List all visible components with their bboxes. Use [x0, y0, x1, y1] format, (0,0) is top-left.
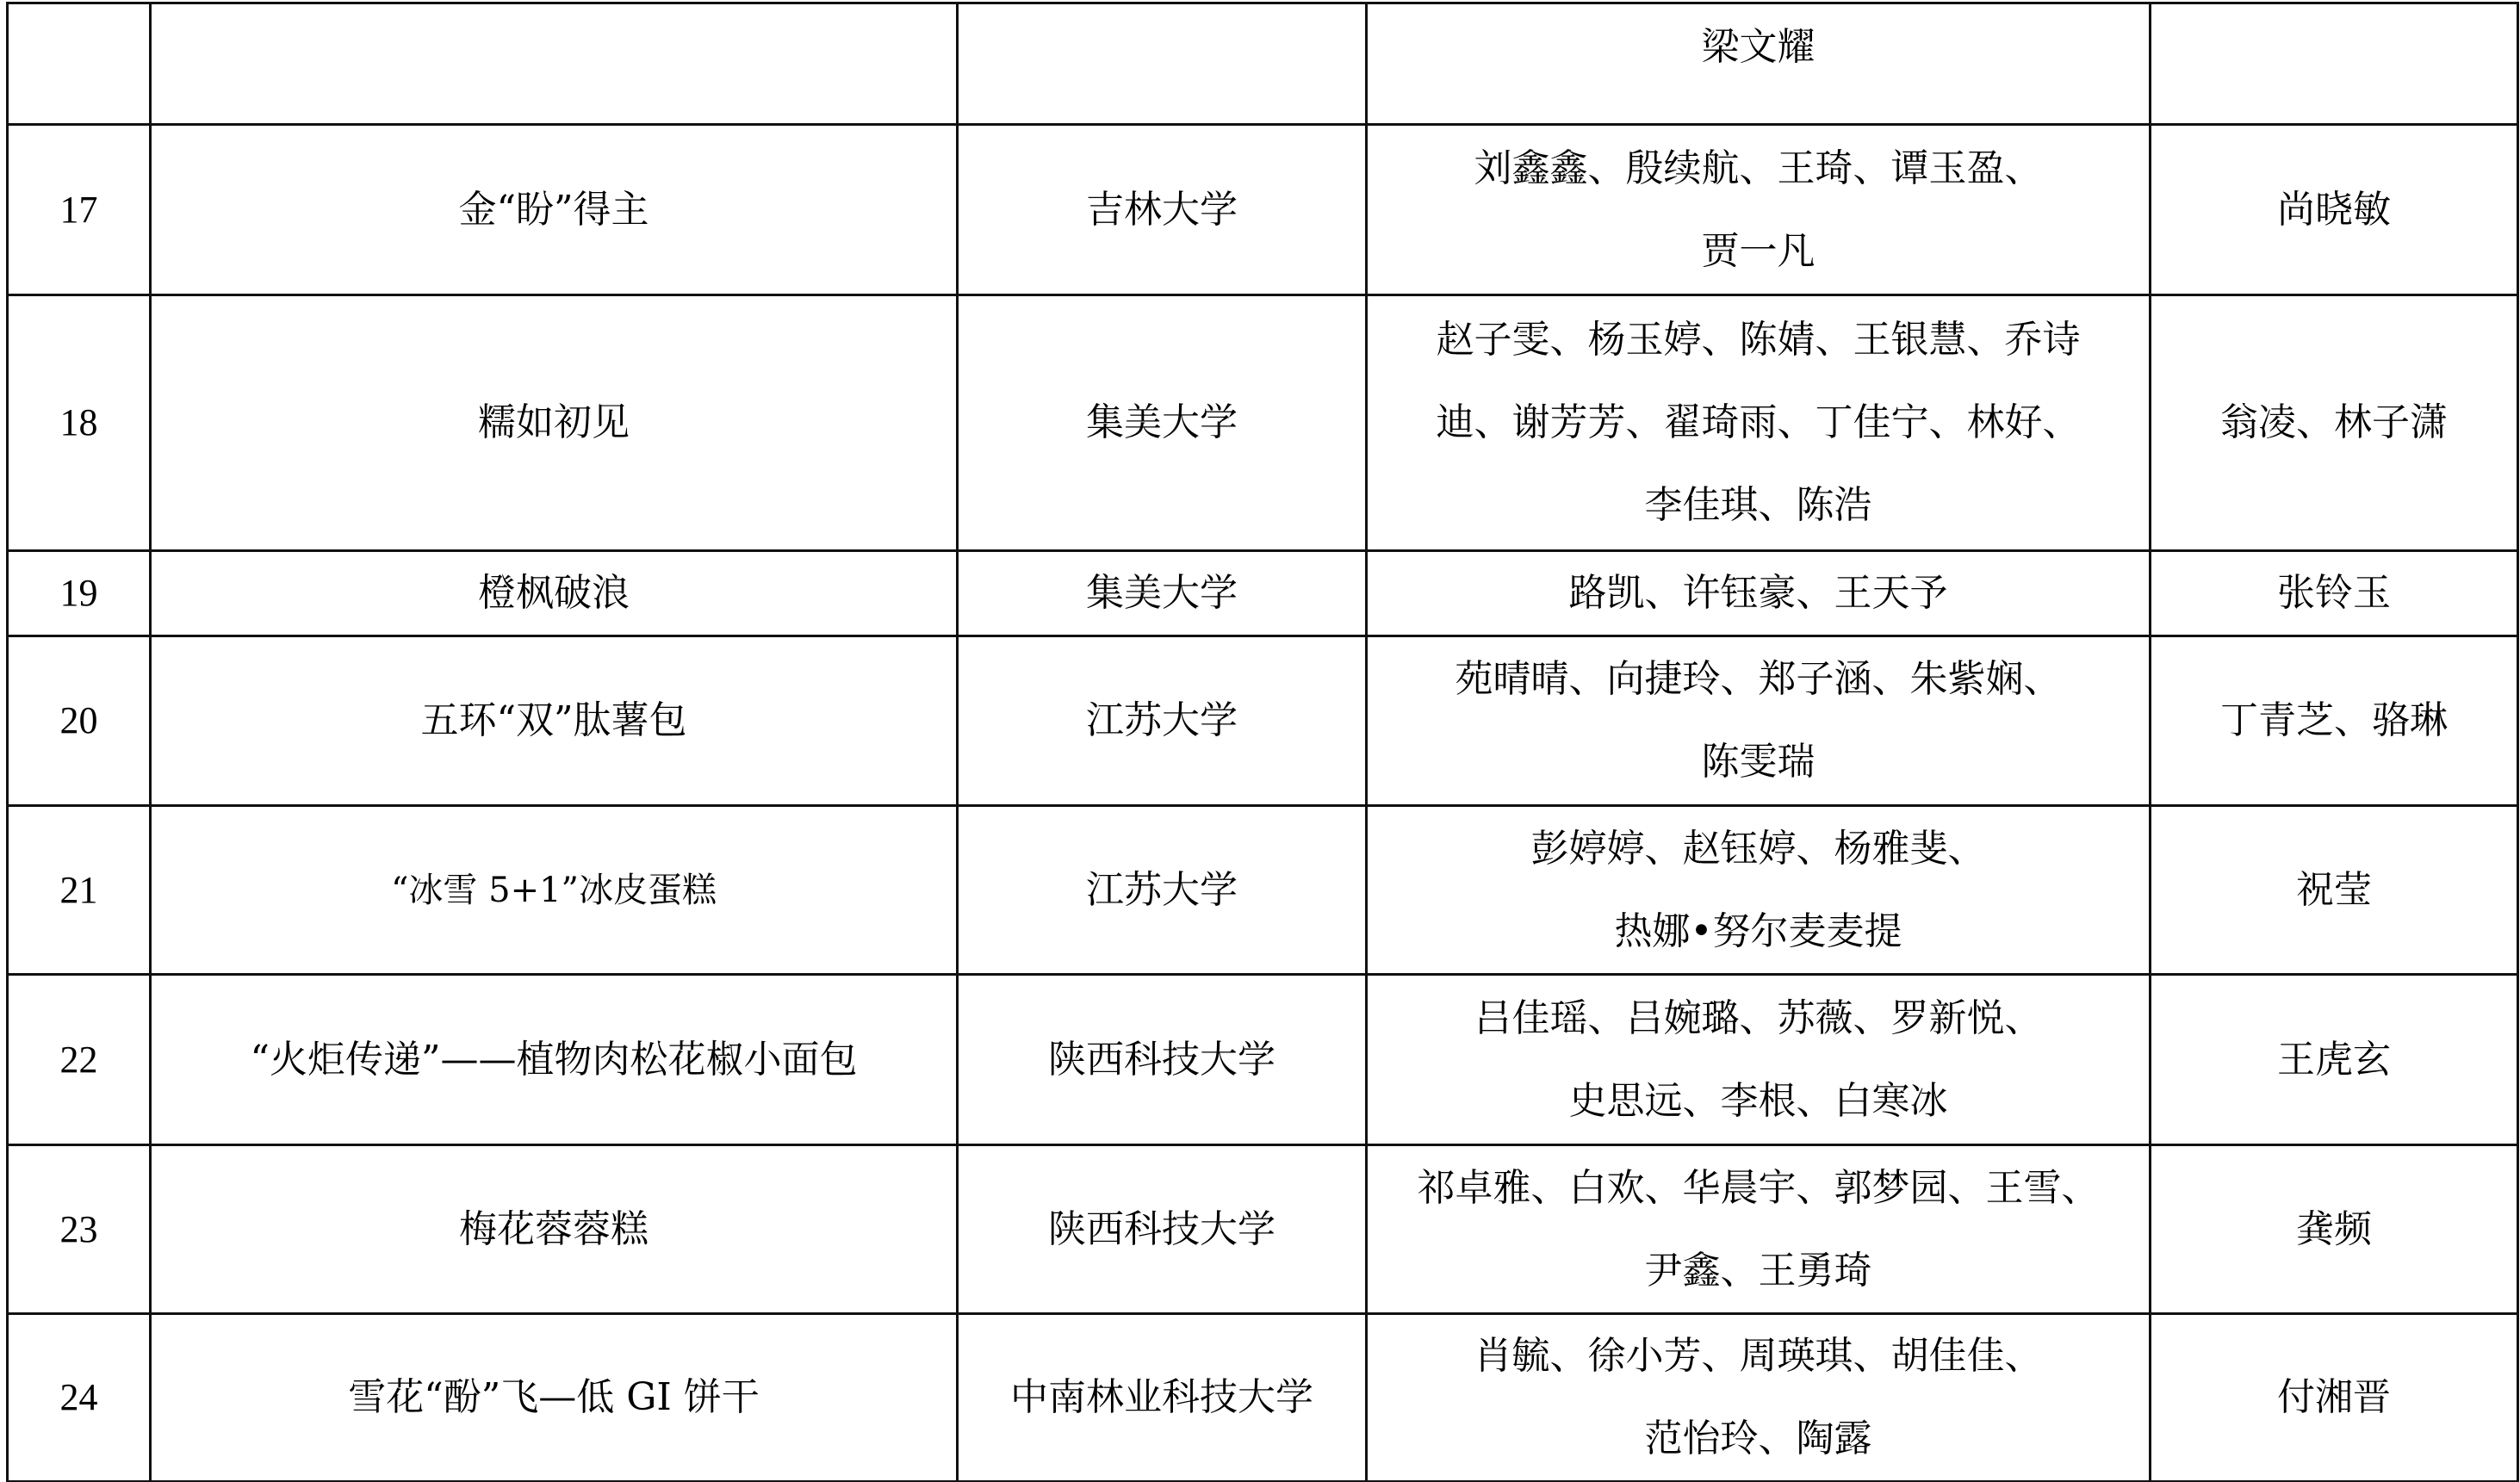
members-line: 陈雯瑞	[1381, 721, 2135, 803]
cell-project: 金“盼”得主	[151, 125, 958, 295]
cell-no: 24	[8, 1314, 151, 1482]
cell-advisor: 张铃玉	[2151, 551, 2518, 636]
cell-advisor: 翁凌、林子潇	[2151, 295, 2518, 551]
cell-advisor: 尚晓敏	[2151, 125, 2518, 295]
cell-advisor: 王虎玄	[2151, 975, 2518, 1145]
cell-school: 陕西科技大学	[958, 975, 1367, 1145]
cell-advisor: 祝莹	[2151, 806, 2518, 975]
members-line: 肖毓、徐小芳、周瑛琪、胡佳佳、	[1381, 1315, 2135, 1398]
members-line: 尹鑫、王勇琦	[1381, 1230, 2135, 1312]
cell-advisor	[2151, 3, 2518, 125]
members-line: 贾一凡	[1381, 210, 2135, 293]
members-line: 苑晴晴、向捷玲、郑子涵、朱紫娴、	[1381, 638, 2135, 721]
cell-members: 赵子雯、杨玉婷、陈婧、王银慧、乔诗 迪、谢芳芳、翟琦雨、丁佳宁、林好、 李佳琪、…	[1367, 295, 2151, 551]
members-line: 范怡玲、陶露	[1381, 1398, 2135, 1480]
cell-project: 五环“双”肽薯包	[151, 636, 958, 806]
cell-project: 糯如初见	[151, 295, 958, 551]
cell-no: 21	[8, 806, 151, 975]
cell-school: 集美大学	[958, 295, 1367, 551]
members-line: 彭婷婷、赵钰婷、杨雅斐、	[1381, 808, 2135, 890]
cell-project: “冰雪 5+1”冰皮蛋糕	[151, 806, 958, 975]
members-line: 热娜•努尔麦麦提	[1381, 890, 2135, 973]
table-row-continued: 梁文耀	[8, 3, 2518, 125]
cell-members: 苑晴晴、向捷玲、郑子涵、朱紫娴、 陈雯瑞	[1367, 636, 2151, 806]
cell-advisor: 龚频	[2151, 1145, 2518, 1314]
members-line: 路凯、许钰豪、王天予	[1381, 552, 2135, 635]
cell-no: 18	[8, 295, 151, 551]
members-line: 史思远、李根、白寒冰	[1381, 1060, 2135, 1143]
members-line: 赵子雯、杨玉婷、陈婧、王银慧、乔诗	[1381, 299, 2135, 381]
cell-no: 19	[8, 551, 151, 636]
cell-members: 祁卓雅、白欢、华晨宇、郭梦园、王雪、 尹鑫、王勇琦	[1367, 1145, 2151, 1314]
table-row: 23 梅花蓉蓉糕 陕西科技大学 祁卓雅、白欢、华晨宇、郭梦园、王雪、 尹鑫、王勇…	[8, 1145, 2518, 1314]
members-line: 李佳琪、陈浩	[1381, 464, 2135, 547]
cell-no: 20	[8, 636, 151, 806]
cell-project: 雪花“酚”飞—低 GI 饼干	[151, 1314, 958, 1482]
cell-no	[8, 3, 151, 125]
cell-members: 刘鑫鑫、殷续航、王琦、谭玉盈、 贾一凡	[1367, 125, 2151, 295]
members-line: 刘鑫鑫、殷续航、王琦、谭玉盈、	[1381, 127, 2135, 210]
cell-project: 橙枫破浪	[151, 551, 958, 636]
cell-no: 17	[8, 125, 151, 295]
cell-members: 吕佳瑶、吕婉璐、苏薇、罗新悦、 史思远、李根、白寒冰	[1367, 975, 2151, 1145]
cell-no: 22	[8, 975, 151, 1145]
cell-project: 梅花蓉蓉糕	[151, 1145, 958, 1314]
cell-members: 梁文耀	[1367, 3, 2151, 125]
table-row: 17 金“盼”得主 吉林大学 刘鑫鑫、殷续航、王琦、谭玉盈、 贾一凡 尚晓敏	[8, 125, 2518, 295]
cell-advisor: 付湘晋	[2151, 1314, 2518, 1482]
table-row: 18 糯如初见 集美大学 赵子雯、杨玉婷、陈婧、王银慧、乔诗 迪、谢芳芳、翟琦雨…	[8, 295, 2518, 551]
cell-members: 肖毓、徐小芳、周瑛琪、胡佳佳、 范怡玲、陶露	[1367, 1314, 2151, 1482]
cell-members: 路凯、许钰豪、王天予	[1367, 551, 2151, 636]
cell-school: 吉林大学	[958, 125, 1367, 295]
cell-school	[958, 3, 1367, 125]
award-table: 梁文耀 17 金“盼”得主 吉林大学 刘鑫鑫、殷续航、王琦、谭玉盈、 贾一凡 尚…	[6, 2, 2519, 1482]
cell-project: “火炬传递”——植物肉松花椒小面包	[151, 975, 958, 1145]
members-line: 吕佳瑶、吕婉璐、苏薇、罗新悦、	[1381, 977, 2135, 1060]
cell-school: 陕西科技大学	[958, 1145, 1367, 1314]
members-line: 迪、谢芳芳、翟琦雨、丁佳宁、林好、	[1381, 381, 2135, 464]
cell-no: 23	[8, 1145, 151, 1314]
members-line: 祁卓雅、白欢、华晨宇、郭梦园、王雪、	[1381, 1147, 2135, 1230]
cell-school: 江苏大学	[958, 636, 1367, 806]
members-line: 梁文耀	[1381, 16, 2135, 78]
cell-members: 彭婷婷、赵钰婷、杨雅斐、 热娜•努尔麦麦提	[1367, 806, 2151, 975]
cell-school: 江苏大学	[958, 806, 1367, 975]
table-row: 20 五环“双”肽薯包 江苏大学 苑晴晴、向捷玲、郑子涵、朱紫娴、 陈雯瑞 丁青…	[8, 636, 2518, 806]
table-row: 19 橙枫破浪 集美大学 路凯、许钰豪、王天予 张铃玉	[8, 551, 2518, 636]
cell-advisor: 丁青芝、骆琳	[2151, 636, 2518, 806]
cell-project	[151, 3, 958, 125]
cell-school: 集美大学	[958, 551, 1367, 636]
table-row: 21 “冰雪 5+1”冰皮蛋糕 江苏大学 彭婷婷、赵钰婷、杨雅斐、 热娜•努尔麦…	[8, 806, 2518, 975]
table-row: 24 雪花“酚”飞—低 GI 饼干 中南林业科技大学 肖毓、徐小芳、周瑛琪、胡佳…	[8, 1314, 2518, 1482]
cell-school: 中南林业科技大学	[958, 1314, 1367, 1482]
table-row: 22 “火炬传递”——植物肉松花椒小面包 陕西科技大学 吕佳瑶、吕婉璐、苏薇、罗…	[8, 975, 2518, 1145]
